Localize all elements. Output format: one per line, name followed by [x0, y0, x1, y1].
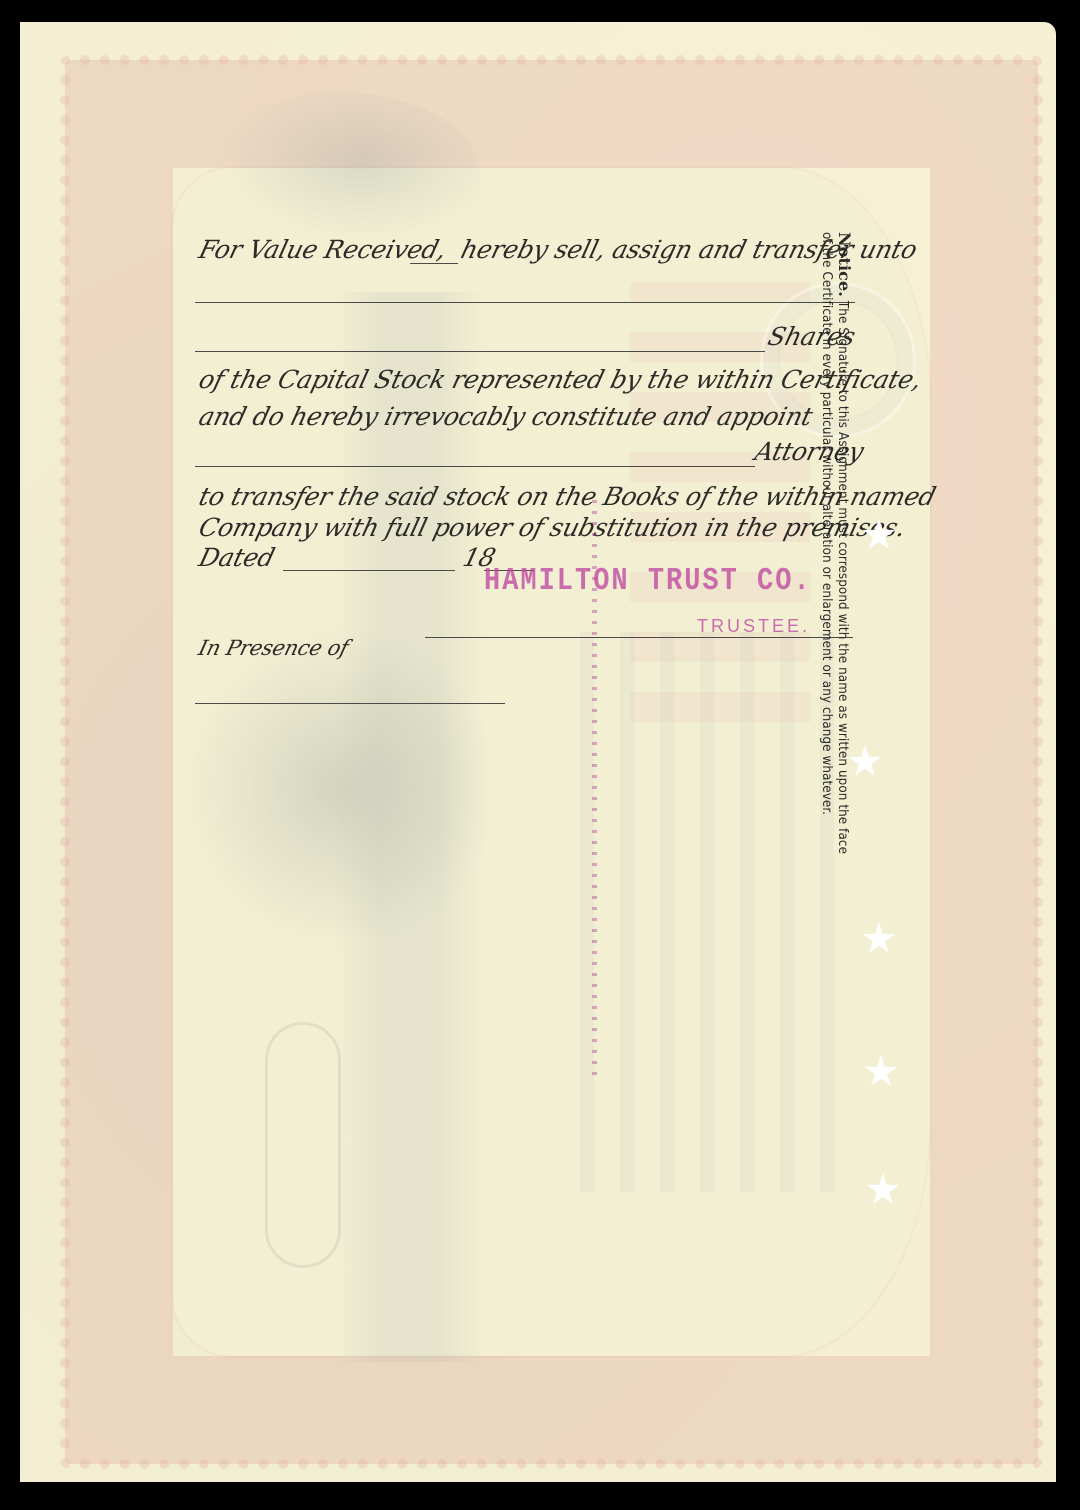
in-presence-of-label: In Presence of	[196, 636, 351, 660]
signature-line[interactable]	[425, 637, 853, 638]
substitution-text: Company with full power of substitution …	[196, 513, 908, 542]
assignor-name-line[interactable]	[410, 263, 458, 264]
trust-company-stamp: HAMILTON TRUST CO.	[484, 564, 812, 599]
shares-count-line[interactable]	[195, 351, 765, 352]
date-line[interactable]	[283, 570, 455, 571]
notice-lead: Notice.	[835, 232, 854, 297]
signature-notice: Notice. The Signature to this Assignment…	[818, 232, 852, 892]
trustee-stamp: TRUSTEE.	[697, 616, 810, 637]
notice-line-1: The Signature to this Assignment must co…	[835, 301, 850, 854]
dated-label: Dated	[196, 543, 278, 572]
for-value-received-text: For Value Received,	[196, 235, 449, 264]
irrevocably-appoint-text: and do hereby irrevocably constitute and…	[196, 402, 815, 431]
witness-line[interactable]	[195, 703, 505, 704]
notice-line-2: of the Certificate in every particular w…	[818, 232, 834, 892]
attorney-name-line[interactable]	[195, 466, 755, 467]
assignee-line[interactable]	[195, 302, 855, 303]
capital-stock-text: of the Capital Stock represented by the …	[196, 365, 924, 394]
